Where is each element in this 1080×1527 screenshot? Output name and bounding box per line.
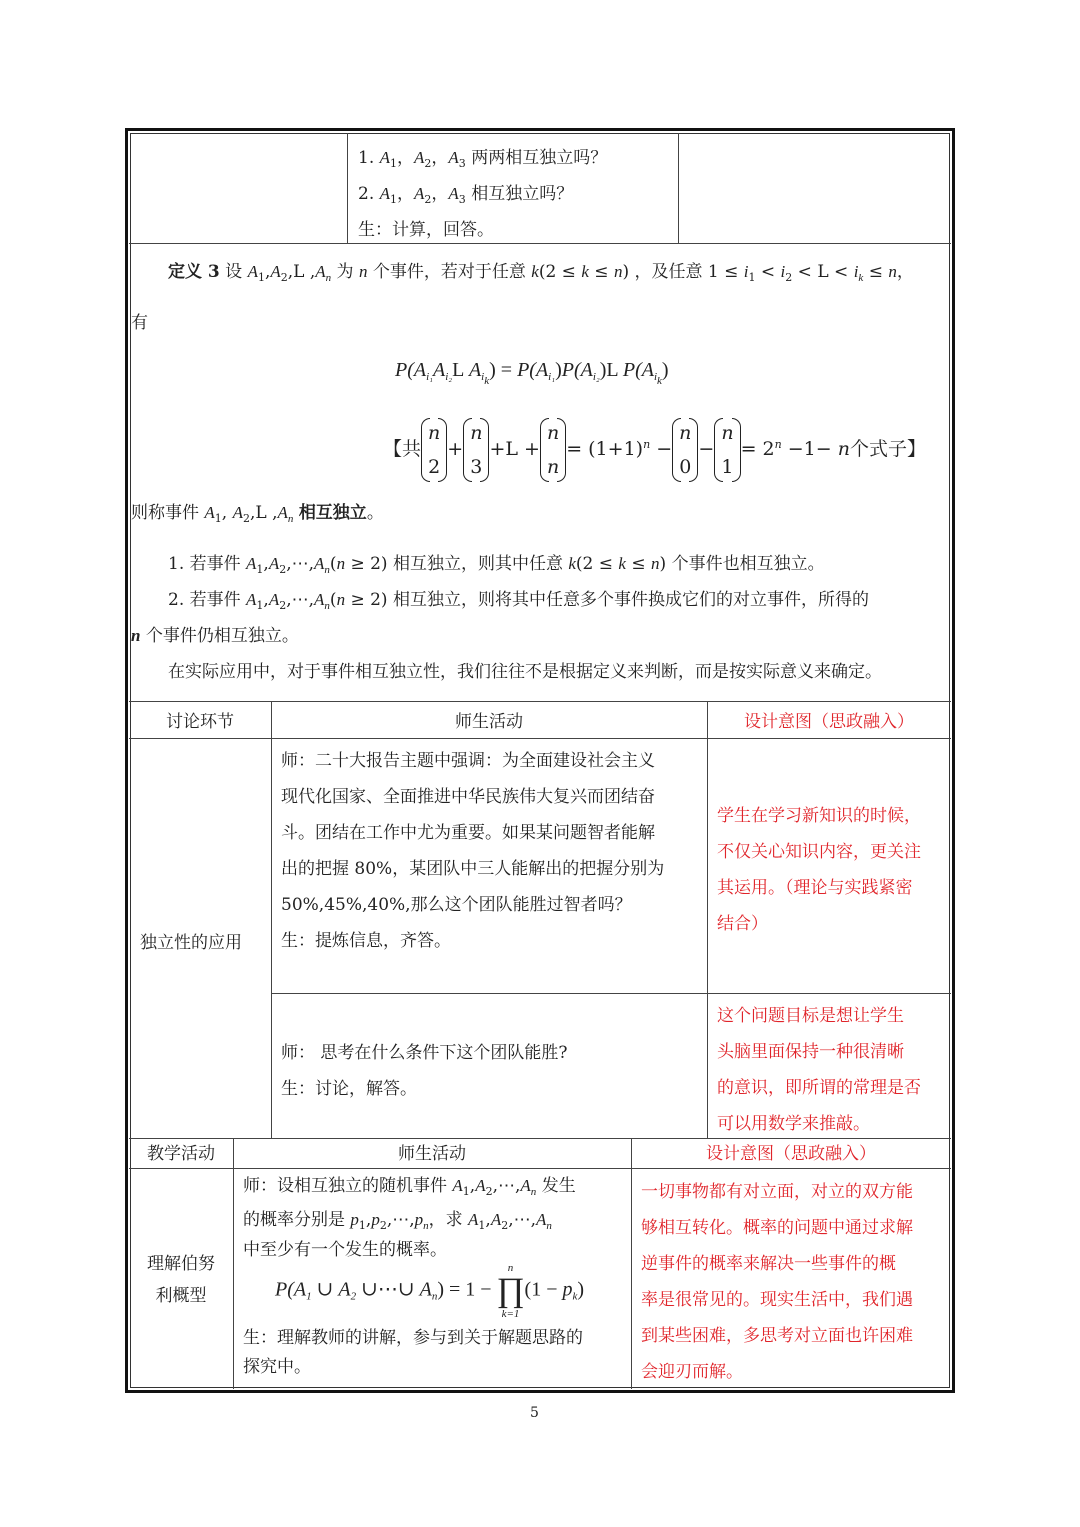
discussion-header-section: 讨论环节: [129, 704, 271, 740]
page-number: 5: [530, 1405, 539, 1421]
teaching-student-line-2: 探究中。: [243, 1349, 311, 1385]
definition-count-note: 【共n2+n3+L +nn= (1+1)n −n0−n1= 2n −1− n个式…: [383, 410, 926, 484]
property-2-cont: n 个事件仍相互独立。: [131, 618, 299, 654]
definition-conclusion: 则称事件 A1, A2,L ,An 相互独立。: [131, 495, 384, 537]
discussion-col-divider-2: [707, 701, 708, 1138]
definition-have: 有: [131, 305, 148, 341]
top-row-divider-2: [678, 133, 679, 243]
discussion-section-label: 独立性的应用: [140, 925, 242, 961]
teaching-col-divider-2: [631, 1138, 632, 1389]
teaching-col-divider-1: [233, 1138, 234, 1389]
practical-note: 在实际应用中，对于事件相互独立性，我们往往不是根据定义来判断，而是按实际意义来确…: [168, 654, 882, 690]
top-row-divider-1: [347, 133, 348, 243]
teaching-header-activity: 师生活动: [233, 1136, 631, 1172]
definition-intro: 定义 3 设 A1,A2,L ,An 为 n 个事件，若对于任意 k(2 ≤ k…: [168, 254, 914, 296]
definition-label: 定义 3: [168, 262, 220, 282]
product-symbol: n∏k=1: [497, 1262, 525, 1320]
discussion-table-top: [129, 701, 951, 702]
top-row-bottom-line: [129, 243, 951, 244]
discussion-row-divider: [271, 993, 951, 994]
discussion-header-activity: 师生活动: [271, 704, 707, 740]
discussion-header-intent: 设计意图（思政融入）: [707, 704, 951, 740]
teaching-header-section: 教学活动: [129, 1136, 233, 1172]
discussion-col-divider-1: [271, 701, 272, 1138]
top-row-line-3: 生：计算，回答。: [358, 212, 494, 248]
definition-formula: P(Ai₁Ai₂L Aik) = P(Ai₁)P(Ai₂)L P(Aik): [395, 352, 669, 399]
teaching-header-intent: 设计意图（思政融入）: [631, 1136, 951, 1172]
teaching-formula: P(A1 ∪ A2 ∪⋯∪ An) = 1 − n∏k=1(1 − pk): [275, 1262, 584, 1323]
